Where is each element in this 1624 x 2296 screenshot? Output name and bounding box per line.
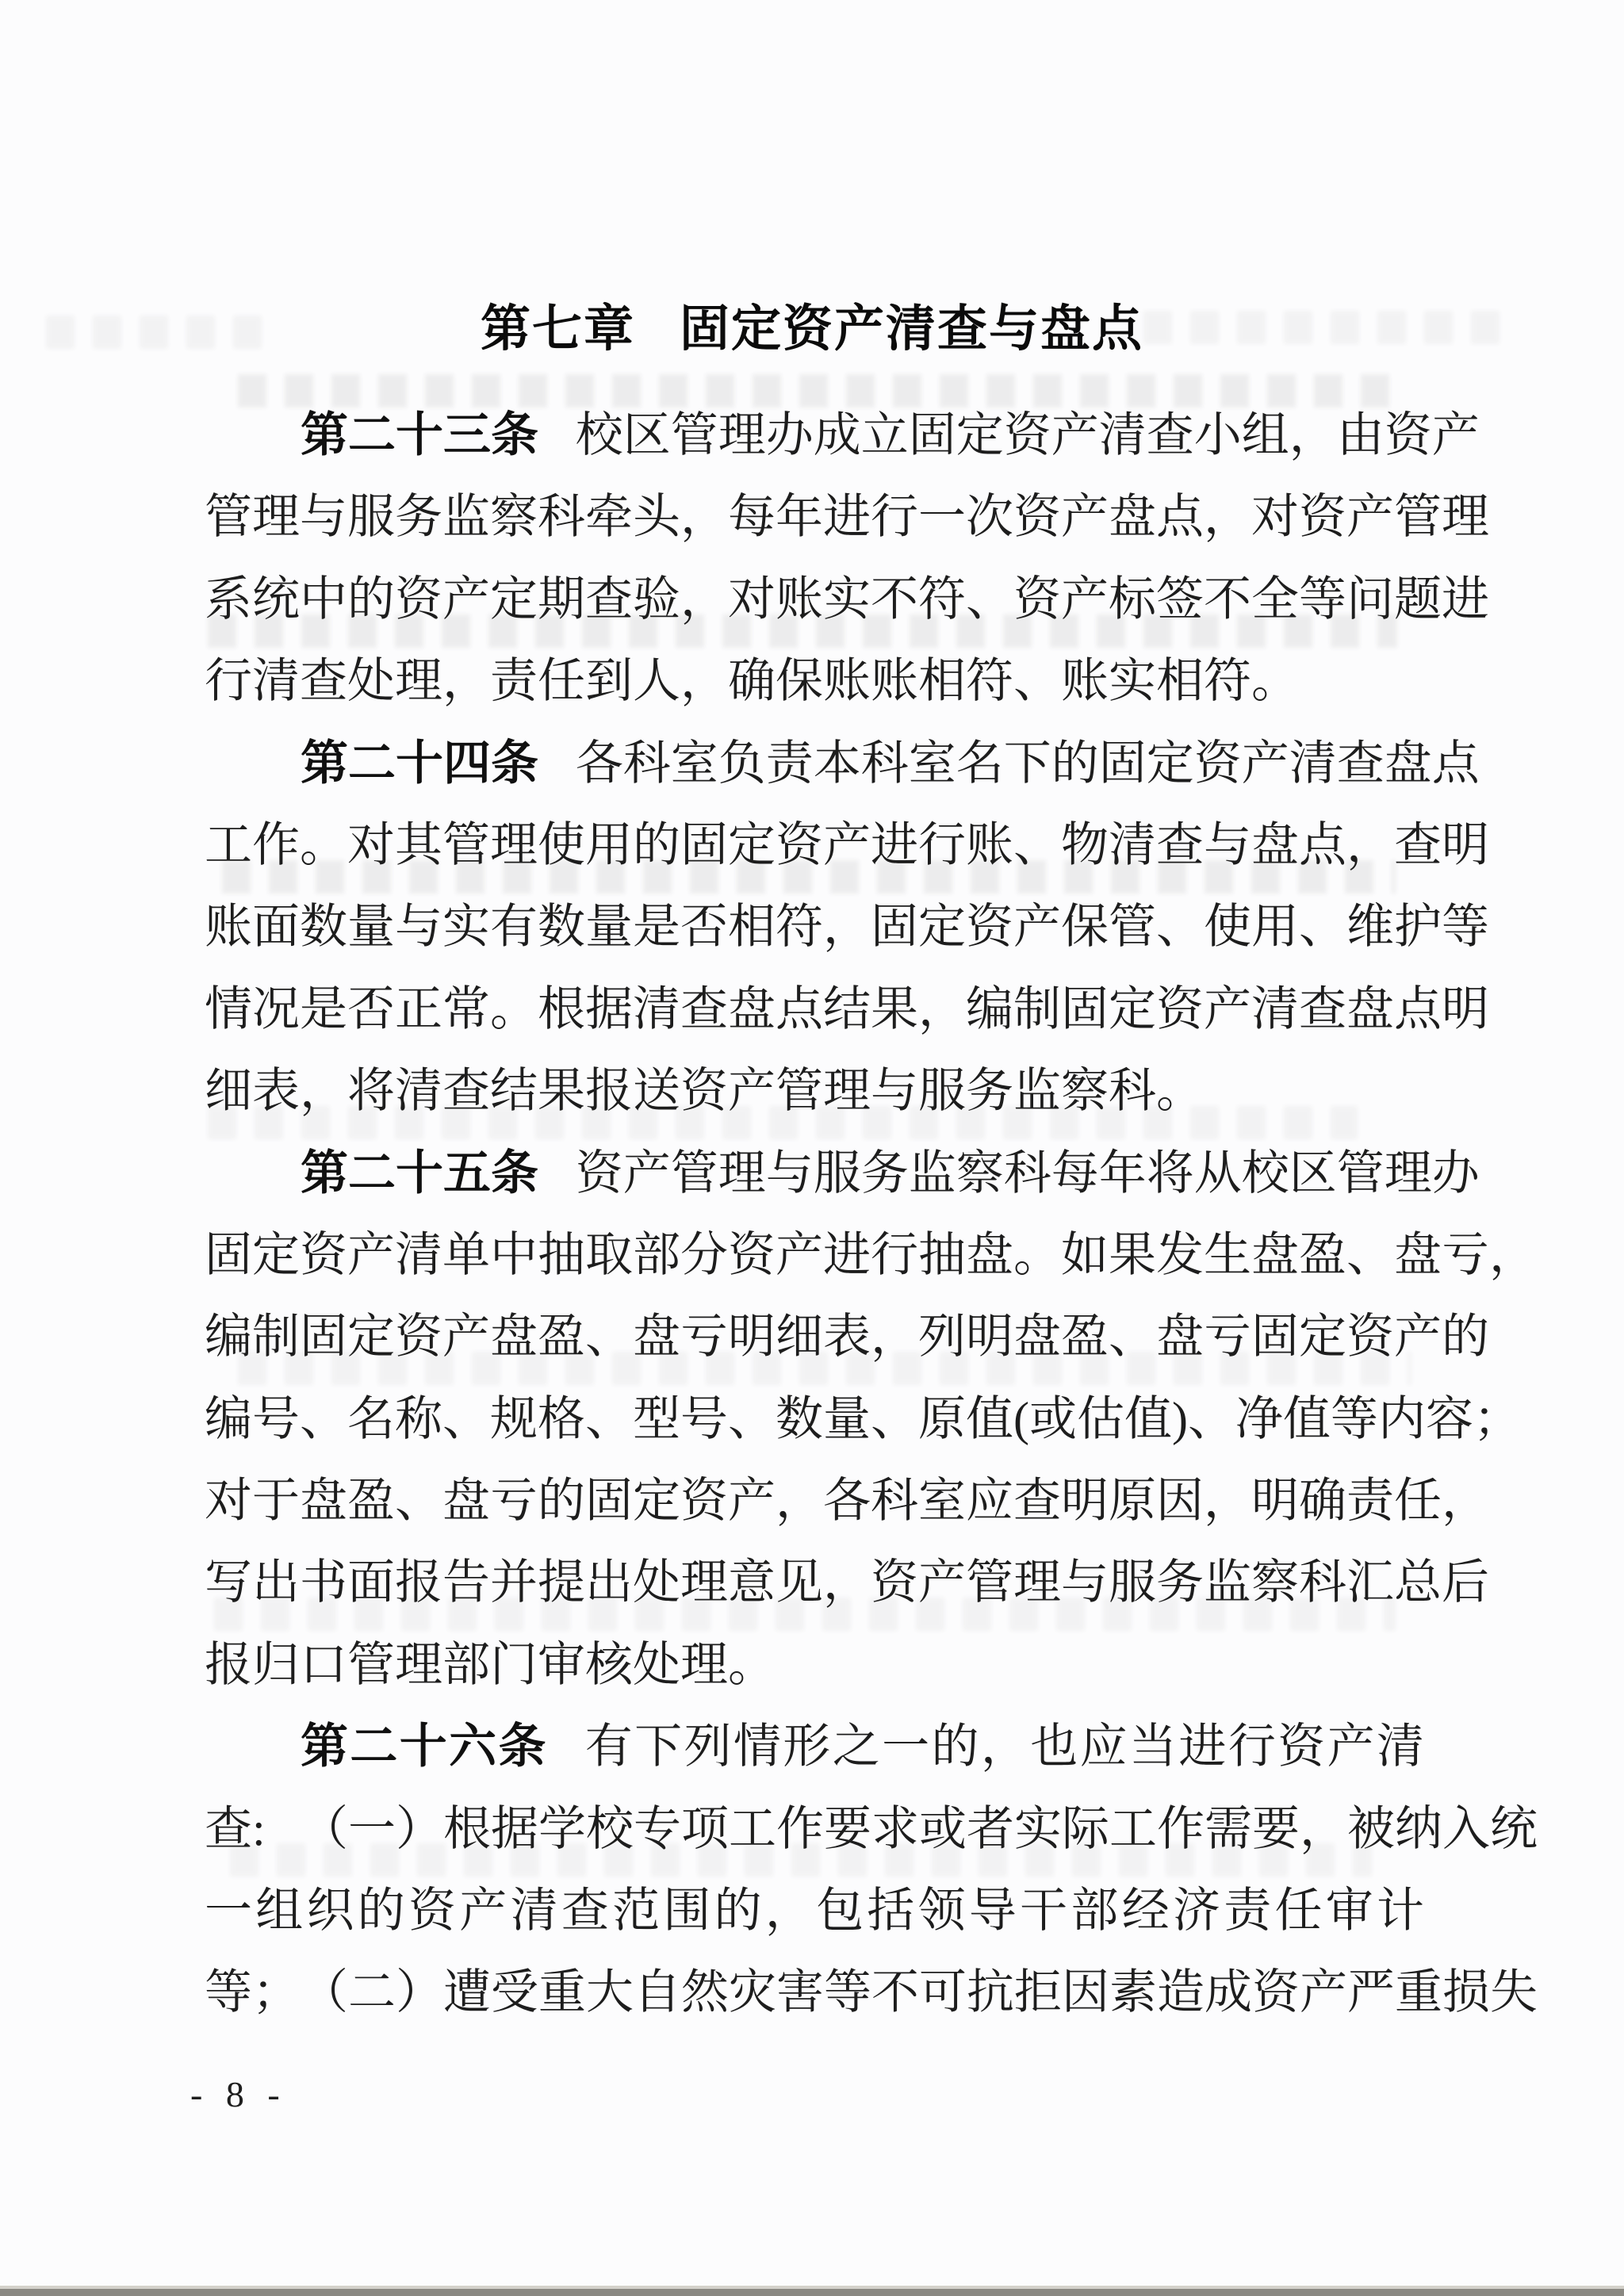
line-text: 报归口管理部门审核处理。 xyxy=(205,1639,776,1691)
body-line: 第二十六条有下列情形之一的，也应当进行资产清查: xyxy=(205,1706,1424,1788)
article-number: 第二十三条 xyxy=(301,409,538,461)
body-line: 情况是否正常。根据清查盘点结果，编制固定资产清查盘点明 xyxy=(205,969,1424,1050)
line-text: 细表，将清查结果报送资产管理与服务监察科。 xyxy=(205,1065,1204,1117)
body-line: 第二十三条校区管理办成立固定资产清查小组，由资产 xyxy=(205,395,1424,476)
line-text: 编号、名称、规格、型号、数量、原值(或估值)、净值等内容； xyxy=(205,1393,1521,1445)
line-text: 写出书面报告并提出处理意见，资产管理与服务监察科汇总后 xyxy=(205,1556,1489,1609)
body-text: 第二十三条校区管理办成立固定资产清查小组，由资产 管理与服务监察科牵头，每年进行… xyxy=(205,395,1424,2034)
body-line: （二）遭受重大自然灾害等不可抗拒因素造成资产严重损失 xyxy=(205,1952,1424,2034)
body-line: 工作。对其管理使用的固定资产进行账、物清查与盘点，查明 xyxy=(205,805,1424,886)
line-text: 账面数量与实有数量是否相符，固定资产保管、使用、维护等 xyxy=(205,901,1489,953)
body-line: 写出书面报告并提出处理意见，资产管理与服务监察科汇总后 xyxy=(205,1542,1424,1624)
body-line: 账面数量与实有数量是否相符，固定资产保管、使用、维护等 xyxy=(205,886,1424,968)
article-number: 第二十五条 xyxy=(301,1147,538,1200)
body-line: 编号、名称、规格、型号、数量、原值(或估值)、净值等内容； xyxy=(205,1379,1424,1460)
line-text: （一）根据学校专项工作要求或者实际工作需要，被纳入统 xyxy=(301,1803,1538,1855)
line-text: 固定资产清单中抽取部分资产进行抽盘。如果发生盘盈、盘亏， xyxy=(205,1229,1537,1281)
article-number: 第二十四条 xyxy=(301,737,538,790)
line-text: 资产管理与服务监察科每年将从校区管理办 xyxy=(576,1147,1480,1200)
body-line: 报归口管理部门审核处理。 xyxy=(205,1624,1424,1706)
body-line: （一）根据学校专项工作要求或者实际工作需要，被纳入统 xyxy=(205,1789,1424,1870)
line-text: 工作。对其管理使用的固定资产进行账、物清查与盘点，查明 xyxy=(205,819,1489,871)
body-line: 一组织的资产清查范围的，包括领导干部经济责任审计等； xyxy=(205,1870,1424,1952)
body-line: 行清查处理，责任到人，确保账账相符、账实相符。 xyxy=(205,641,1424,722)
body-line: 编制固定资产盘盈、盘亏明细表，列明盘盈、盘亏固定资产的 xyxy=(205,1296,1424,1378)
body-line: 管理与服务监察科牵头，每年进行一次资产盘点，对资产管理 xyxy=(205,476,1424,558)
body-line: 系统中的资产定期查验，对账实不符、资产标签不全等问题进 xyxy=(205,559,1424,641)
document-page: 第七章固定资产清查与盘点 第二十三条校区管理办成立固定资产清查小组，由资产 管理… xyxy=(0,0,1624,2296)
body-line: 固定资产清单中抽取部分资产进行抽盘。如果发生盘盈、盘亏， xyxy=(205,1215,1424,1296)
article-number: 第二十六条 xyxy=(301,1720,548,1773)
body-line: 对于盘盈、盘亏的固定资产，各科室应查明原因，明确责任， xyxy=(205,1460,1424,1542)
body-line: 细表，将清查结果报送资产管理与服务监察科。 xyxy=(205,1050,1424,1132)
line-text: 编制固定资产盘盈、盘亏明细表，列明盘盈、盘亏固定资产的 xyxy=(205,1311,1489,1363)
page-number: - 8 - xyxy=(190,2074,287,2115)
line-text: 校区管理办成立固定资产清查小组，由资产 xyxy=(576,409,1480,461)
line-text: 对于盘盈、盘亏的固定资产，各科室应查明原因，明确责任， xyxy=(205,1475,1489,1527)
chapter-heading: 第七章固定资产清查与盘点 xyxy=(0,300,1624,358)
chapter-number: 第七章 xyxy=(481,301,635,357)
line-text: 情况是否正常。根据清查盘点结果，编制固定资产清查盘点明 xyxy=(205,983,1489,1035)
body-line: 第二十四条各科室负责本科室名下的固定资产清查盘点 xyxy=(205,723,1424,805)
line-text: 各科室负责本科室名下的固定资产清查盘点 xyxy=(576,737,1480,790)
chapter-title: 固定资产清查与盘点 xyxy=(680,301,1143,357)
line-text: （二）遭受重大自然灾害等不可抗拒因素造成资产严重损失 xyxy=(301,1966,1538,2019)
body-line: 第二十五条资产管理与服务监察科每年将从校区管理办 xyxy=(205,1133,1424,1215)
line-text: 系统中的资产定期查验，对账实不符、资产标签不全等问题进 xyxy=(205,573,1489,626)
line-text: 行清查处理，责任到人，确保账账相符、账实相符。 xyxy=(205,655,1299,707)
scan-edge-shadow xyxy=(0,2286,1624,2296)
line-text: 管理与服务监察科牵头，每年进行一次资产盘点，对资产管理 xyxy=(205,491,1489,543)
